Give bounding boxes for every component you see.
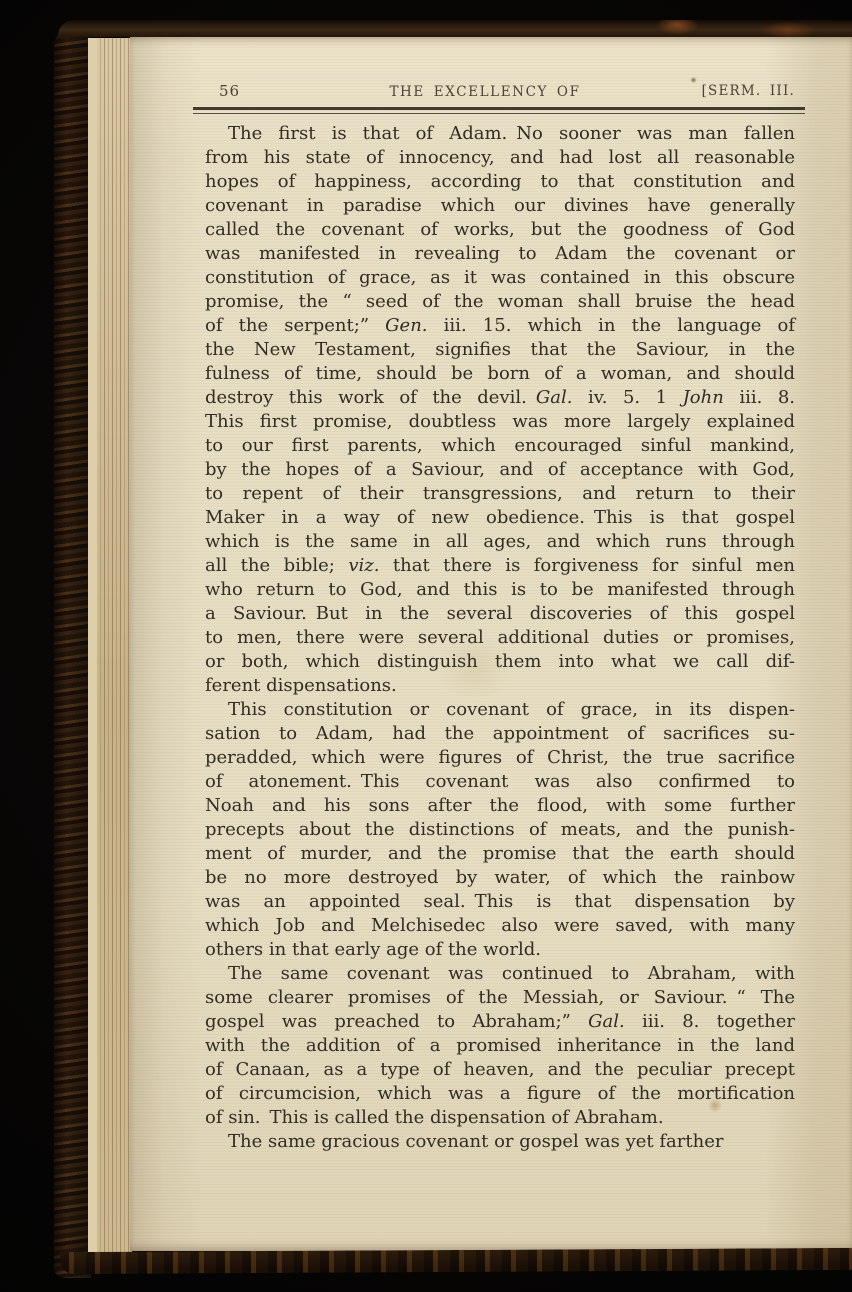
body-line: This first promise, doubtless was more l… [205,410,795,434]
page-header: 56 THE EXCELLENCY OF [SERM. III. [205,81,795,105]
body-line: This constitution or covenant of grace, … [205,698,795,722]
body-line: Noah and his sons after the flood, with … [205,794,795,818]
body-line: ment of murder, and the promise that the… [205,842,795,866]
body-line: which is the same in all ages, and which… [205,530,795,554]
book-cover-top-edge [58,20,852,37]
body-line: sation to Adam, had the appointment of s… [205,722,795,746]
body-line: fulness of time, should be born of a wom… [205,362,795,386]
body-line: covenant in paradise which our divines h… [205,194,795,218]
book-page: 56 THE EXCELLENCY OF [SERM. III. The fir… [130,37,852,1251]
photo-background: 56 THE EXCELLENCY OF [SERM. III. The fir… [0,0,852,1292]
body-line: gospel was preached to Abraham;” Gal. ii… [205,1010,795,1034]
body-line: ferent dispensations. [205,674,795,698]
body-line: promise, the “ seed of the woman shall b… [205,290,795,314]
body-line: or both, which distinguish them into wha… [205,650,795,674]
body-line: The first is that of Adam. No sooner was… [205,122,795,146]
stacked-page-edges [88,38,132,1254]
body-line: some clearer promises of the Messiah, or… [205,986,795,1010]
section-marker: [SERM. III. [702,83,795,99]
body-line: to repent of their transgressions, and r… [205,482,795,506]
body-line: of sin. This is called the dispensation … [205,1106,795,1130]
body-line: the New Testament, signifies that the Sa… [205,338,795,362]
body-line: hopes of happiness, according to that co… [205,170,795,194]
paragraph: The same covenant was continued to Abrah… [205,962,795,1130]
body-line: destroy this work of the devil. Gal. iv.… [205,386,795,410]
body-line: was manifested in revealing to Adam the … [205,242,795,266]
body-line: from his state of innocency, and had los… [205,146,795,170]
paragraph: The same gracious covenant or gospel was… [205,1130,795,1154]
text-body: The first is that of Adam. No sooner was… [205,122,795,1154]
body-line: constitution of grace, as it was contain… [205,266,795,290]
body-line: called the covenant of works, but the go… [205,218,795,242]
body-line: with the addition of a promised inherita… [205,1034,795,1058]
body-line: others in that early age of the world. [205,938,795,962]
body-line: by the hopes of a Saviour, and of accept… [205,458,795,482]
body-line: of circumcision, which was a figure of t… [205,1082,795,1106]
body-line: to our first parents, which encouraged s… [205,434,795,458]
body-line: precepts about the distinctions of meats… [205,818,795,842]
body-line: to men, there were several additional du… [205,626,795,650]
body-line: be no more destroyed by water, of which … [205,866,795,890]
body-line: of atonement. This covenant was also con… [205,770,795,794]
paragraph: The first is that of Adam. No sooner was… [205,122,795,698]
body-line: The same gracious covenant or gospel was… [205,1130,795,1154]
body-line: peradded, which were figures of Christ, … [205,746,795,770]
body-line: of the serpent;” Gen. iii. 15. which in … [205,314,795,338]
body-line: The same covenant was continued to Abrah… [205,962,795,986]
body-line: a Saviour. But in the several discoverie… [205,602,795,626]
body-line: of Canaan, as a type of heaven, and the … [205,1058,795,1082]
paragraph: This constitution or covenant of grace, … [205,698,795,962]
body-line: all the bible; viz. that there is forgiv… [205,554,795,578]
body-line: which Job and Melchisedec also were save… [205,914,795,938]
body-line: who return to God, and this is to be man… [205,578,795,602]
body-line: was an appointed seal. This is that disp… [205,890,795,914]
running-title: THE EXCELLENCY OF [205,84,765,100]
book-cover-bottom-edge [60,1248,852,1274]
book-spine [54,28,91,1278]
header-double-rule [193,107,805,114]
body-line: Maker in a way of new obedience. This is… [205,506,795,530]
